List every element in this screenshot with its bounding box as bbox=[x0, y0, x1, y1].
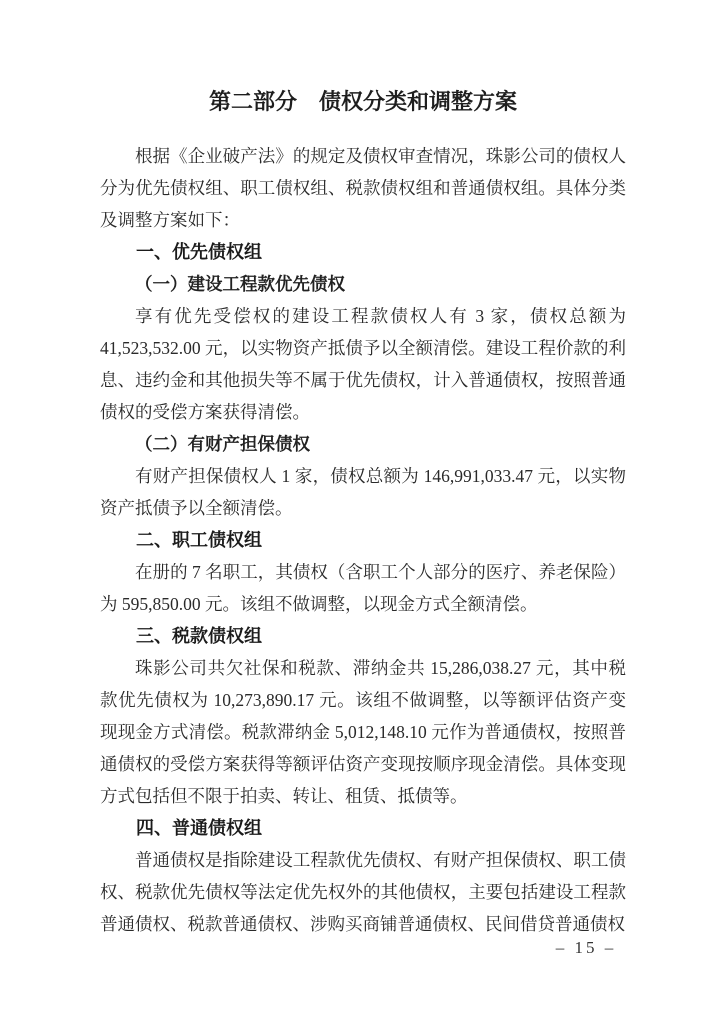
section-1-sub-2-heading: （二）有财产担保债权 bbox=[100, 428, 626, 460]
page-title: 第二部分 债权分类和调整方案 bbox=[100, 86, 626, 118]
section-1-sub-1-paragraph: 享有优先受偿权的建设工程款债权人有 3 家，债权总额为 41,523,532.0… bbox=[100, 300, 626, 428]
intro-paragraph: 根据《企业破产法》的规定及债权审查情况，珠影公司的债权人分为优先债权组、职工债权… bbox=[100, 140, 626, 236]
document-page: 第二部分 债权分类和调整方案 根据《企业破产法》的规定及债权审查情况，珠影公司的… bbox=[0, 0, 724, 1024]
section-1-sub-1-heading: （一）建设工程款优先债权 bbox=[100, 268, 626, 300]
section-2-paragraph: 在册的 7 名职工，其债权（含职工个人部分的医疗、养老保险）为 595,850.… bbox=[100, 556, 626, 620]
section-2-heading: 二、职工债权组 bbox=[100, 524, 626, 556]
section-4-heading: 四、普通债权组 bbox=[100, 812, 626, 844]
section-1-sub-2-paragraph: 有财产担保债权人 1 家，债权总额为 146,991,033.47 元，以实物资… bbox=[100, 460, 626, 524]
section-3-paragraph: 珠影公司共欠社保和税款、滞纳金共 15,286,038.27 元，其中税款优先债… bbox=[100, 652, 626, 812]
section-1-heading: 一、优先债权组 bbox=[100, 236, 626, 268]
section-4-paragraph: 普通债权是指除建设工程款优先债权、有财产担保债权、职工债权、税款优先债权等法定优… bbox=[100, 844, 626, 940]
page-number: – 15 – bbox=[548, 936, 624, 960]
document-content: 第二部分 债权分类和调整方案 根据《企业破产法》的规定及债权审查情况，珠影公司的… bbox=[100, 86, 626, 940]
section-3-heading: 三、税款债权组 bbox=[100, 620, 626, 652]
